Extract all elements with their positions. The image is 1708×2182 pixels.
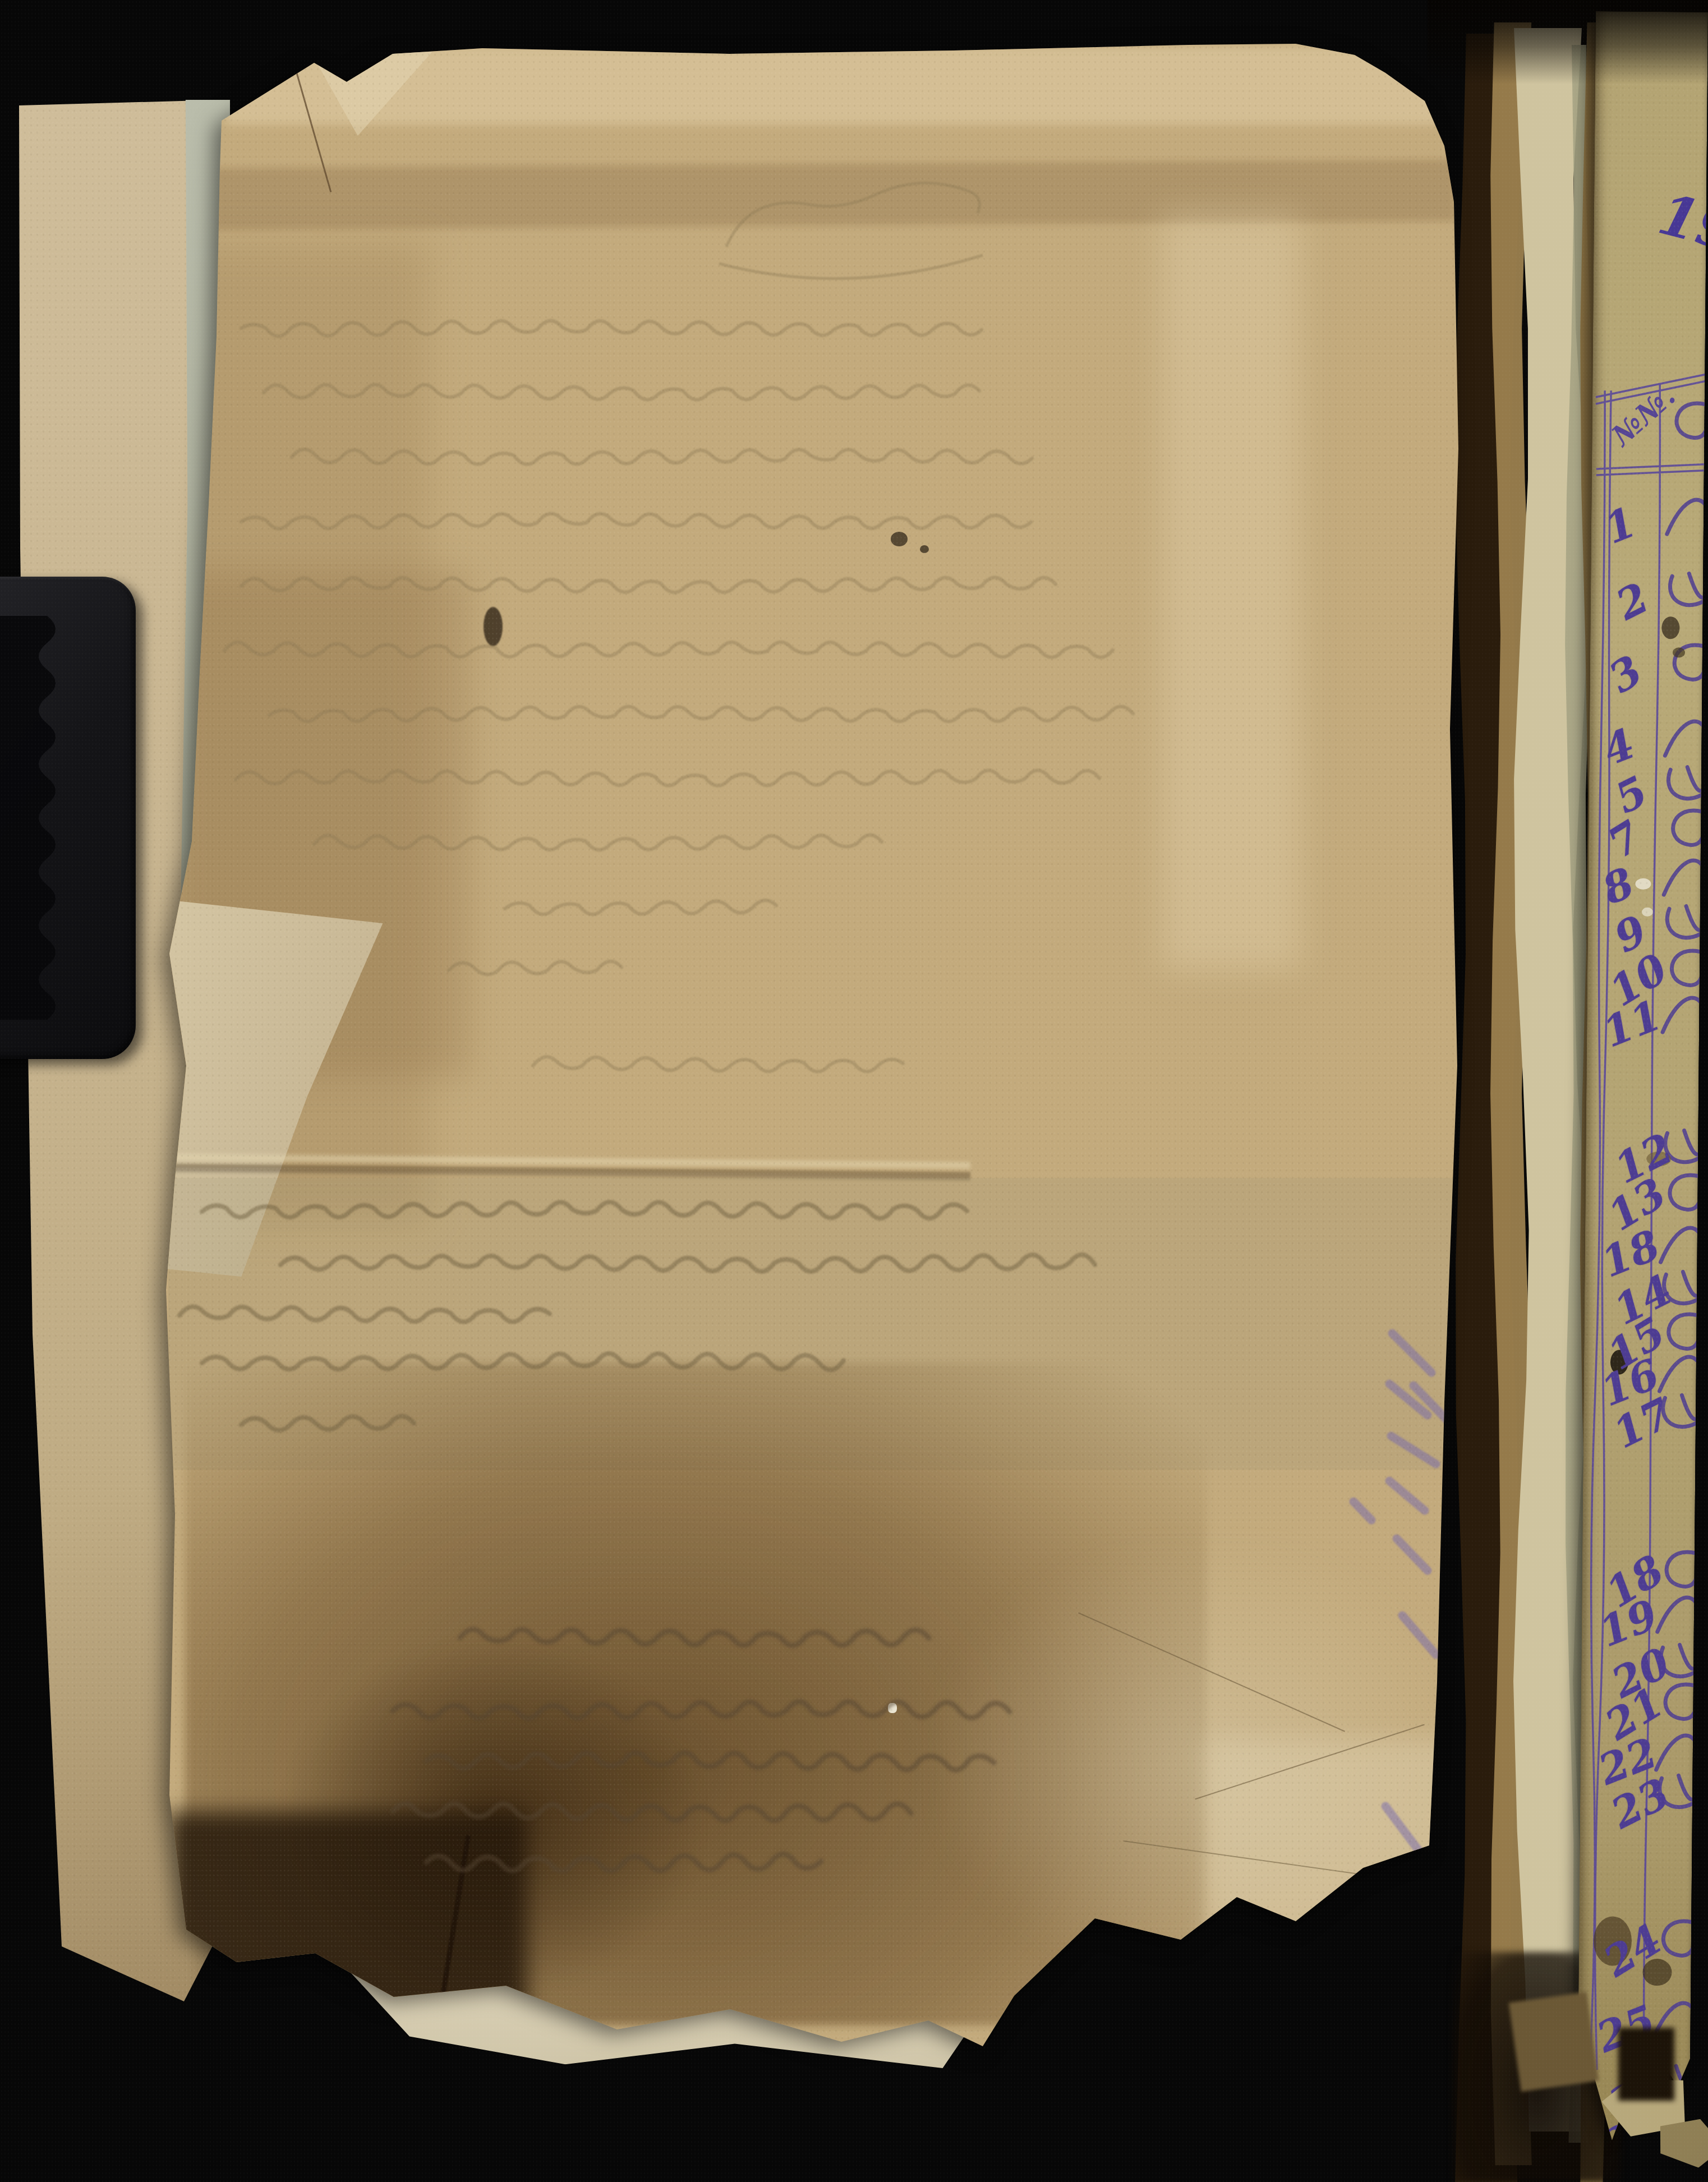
top-edge-shadow xyxy=(1428,0,1708,84)
binder-clamp xyxy=(0,577,136,1059)
archival-photo: №№. 19 123457891011121318141516171819202… xyxy=(0,0,1708,2182)
main-page-wrap xyxy=(0,0,1708,2182)
faded-handwriting xyxy=(0,0,1708,2182)
handwritten-sheet xyxy=(0,0,1708,2182)
violet-transfer-marks xyxy=(1353,1333,1452,1851)
clamp-grip xyxy=(0,577,136,1059)
